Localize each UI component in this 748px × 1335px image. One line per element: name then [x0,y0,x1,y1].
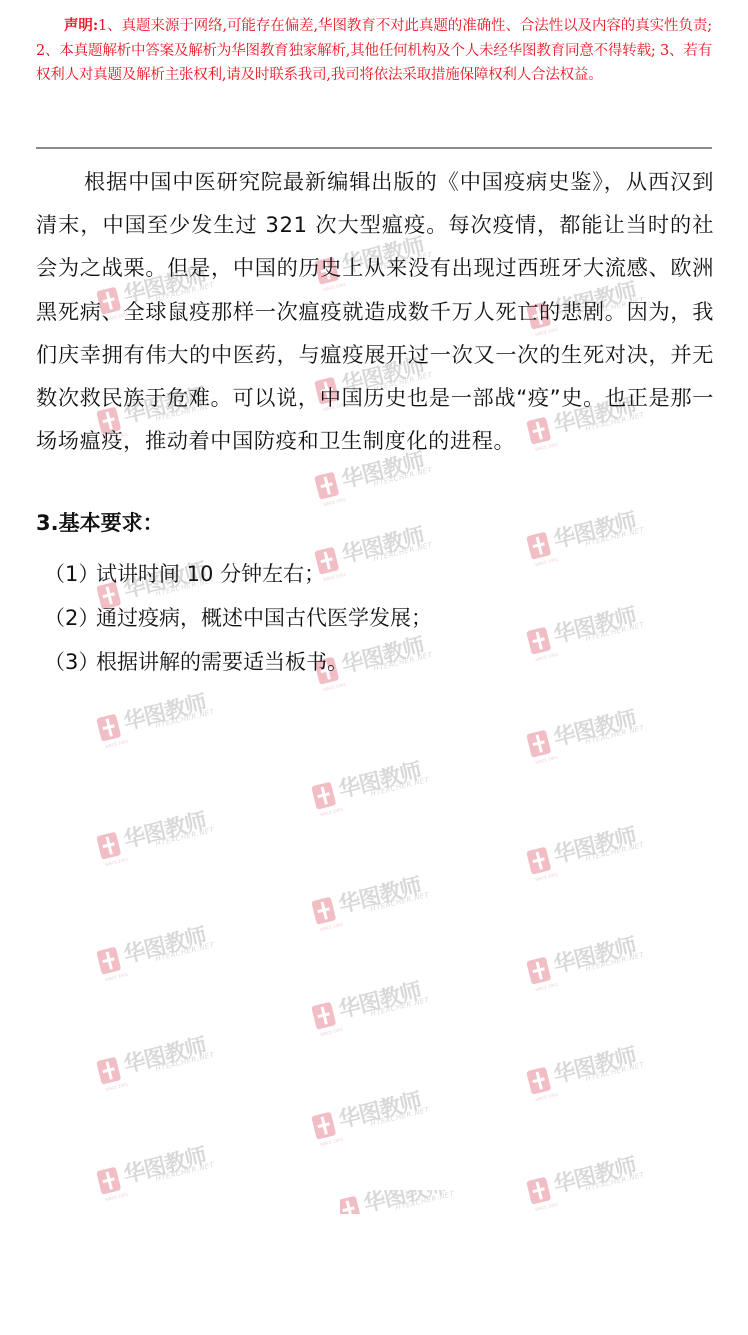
watermark: 华图教师HTEACHER.NETSINCE 2001 [525,1032,671,1109]
requirement-number: （1） [44,552,96,596]
watermark-clipped: 华图教师HTEACHER.NET [340,1190,460,1214]
huatu-logo-icon [96,1167,121,1195]
watermark: 华图教师HTEACHER.NETSINCE 2001 [310,967,456,1044]
watermark: 华图教师HTEACHER.NETSINCE 2001 [310,862,456,939]
requirement-text: 试讲时间 10 分钟左右； [96,562,325,586]
huatu-logo-icon [314,472,339,500]
requirement-number: （3） [44,640,96,684]
huatu-logo-icon [526,627,551,655]
huatu-logo-icon [526,730,551,758]
huatu-logo-icon [96,1057,121,1085]
document-page: 声明:1、真题来源于网络,可能存在偏差,华图教育不对此真题的准确性、合法性以及内… [0,0,748,1335]
requirement-text: 通过疫病，概述中国古代医学发展； [96,606,432,630]
watermark: 华图教师HTEACHER.NETSINCE 2001 [525,592,671,669]
passage-paragraph: 根据中国中医研究院最新编辑出版的《中国疫病史鉴》，从西汉到清末，中国至少发生过 … [36,160,714,462]
huatu-logo-icon [311,782,336,810]
requirement-item: （1）试讲时间 10 分钟左右； [44,552,432,596]
requirement-number: （2） [44,596,96,640]
watermark: 华图教师HTEACHER.NETSINCE 2001 [95,1132,241,1209]
huatu-logo-icon [96,947,121,975]
requirement-item: （2）通过疫病，概述中国古代医学发展； [44,596,432,640]
huatu-logo-icon [311,1002,336,1030]
watermark: 华图教师HTEACHER.NETSINCE 2001 [95,912,241,989]
huatu-logo-icon [311,897,336,925]
huatu-logo-icon [311,1112,336,1140]
watermark: 华图教师HTEACHER.NETSINCE 2001 [95,679,241,756]
watermark: 华图教师HTEACHER.NETSINCE 2001 [525,497,671,574]
huatu-logo-icon [526,1067,551,1095]
requirements-list: （1）试讲时间 10 分钟左右； （2）通过疫病，概述中国古代医学发展； （3）… [44,552,432,684]
huatu-logo-icon [96,714,121,742]
copyright-disclaimer: 声明:1、真题来源于网络,可能存在偏差,华图教育不对此真题的准确性、合法性以及内… [36,14,712,88]
requirement-text: 根据讲解的需要适当板书。 [96,650,348,674]
watermark: 华图教师HTEACHER.NET [340,1190,460,1214]
huatu-logo-icon [340,1196,361,1214]
watermark: 华图教师HTEACHER.NETSINCE 2001 [525,1142,671,1219]
watermark: 华图教师HTEACHER.NETSINCE 2001 [95,797,241,874]
watermark: 华图教师HTEACHER.NETSINCE 2001 [310,747,456,824]
watermark: 华图教师HTEACHER.NETSINCE 2001 [525,812,671,889]
watermark: 华图教师HTEACHER.NETSINCE 2001 [95,1022,241,1099]
header-separator [36,147,712,149]
disclaimer-lead: 声明: [64,17,98,34]
requirement-item: （3）根据讲解的需要适当板书。 [44,640,432,684]
huatu-logo-icon [526,957,551,985]
huatu-logo-icon [526,532,551,560]
requirements-heading: 3.基本要求： [36,505,164,541]
huatu-logo-icon [96,832,121,860]
watermark: 华图教师HTEACHER.NETSINCE 2001 [310,1077,456,1154]
disclaimer-text: 1、真题来源于网络,可能存在偏差,华图教育不对此真题的准确性、合法性以及内容的真… [36,18,712,83]
watermark: 华图教师HTEACHER.NETSINCE 2001 [525,922,671,999]
huatu-logo-icon [526,1177,551,1205]
huatu-logo-icon [526,847,551,875]
watermark: 华图教师HTEACHER.NETSINCE 2001 [525,695,671,772]
